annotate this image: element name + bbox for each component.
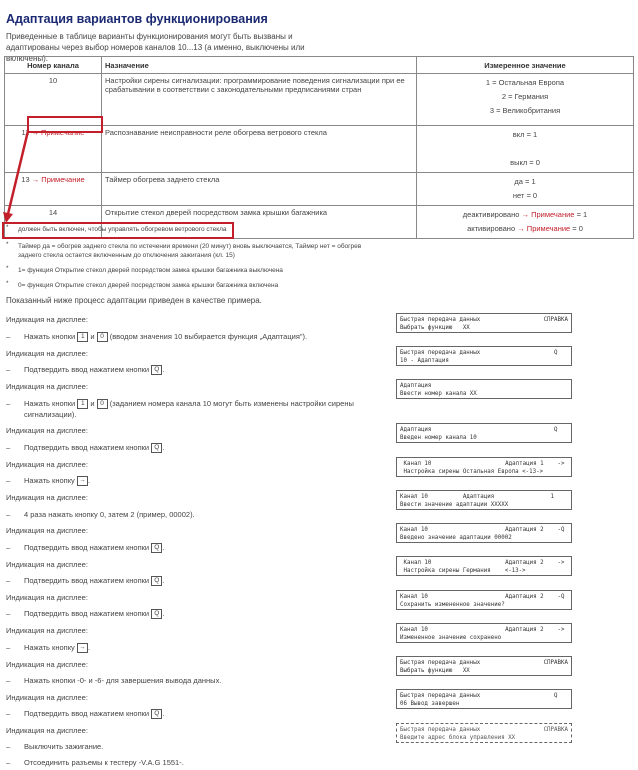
display-text-left: 06 Вывод завершен <box>400 701 459 707</box>
value-number: = 1 <box>574 210 587 219</box>
display-text-right: Адаптация 2 -> <box>505 559 568 567</box>
key-1-button: 1 <box>77 332 88 342</box>
display-text-left: Канал 10 <box>400 527 428 533</box>
key-q-button: Q <box>151 543 162 553</box>
step-text: . <box>162 609 164 618</box>
step-instruction: –Подтвердить ввод нажатием кнопки Q. <box>6 364 164 375</box>
footnote-text: 1= функция Открытие стекол дверей посред… <box>18 266 283 275</box>
channel-number: 13 <box>21 175 29 184</box>
display-text-left: 10 - Адаптация <box>400 358 449 364</box>
note-link[interactable]: → Примечание <box>32 175 85 184</box>
step-text: Отсоединить разъемы к тестеру -V.A.G 155… <box>24 758 184 767</box>
key-1-button: 1 <box>77 399 88 409</box>
step-instruction: –Нажать кнопки 1 и 0 (заданием номера ка… <box>6 398 354 420</box>
key-q-button: Q <box>151 709 162 719</box>
dash: – <box>6 741 24 752</box>
value-option: вкл = 1 <box>420 128 630 142</box>
value-label: активировано <box>467 224 517 233</box>
display-line: 06 Вывод завершен <box>400 700 568 708</box>
step-instruction: –Выключить зажигание. <box>6 741 103 752</box>
tester-display: Канал 10 Адаптация1 Ввести значение адап… <box>396 490 572 510</box>
dash: – <box>6 675 24 686</box>
footnote-marker: * <box>6 264 9 273</box>
tester-display: Канал 10Адаптация 2 -> Измененное значен… <box>396 623 572 643</box>
footnote-marker: * <box>6 240 9 249</box>
header-value: Измеренное значение <box>417 57 634 74</box>
step-text: . <box>88 476 90 485</box>
display-text-right: Адаптация 2 -> <box>505 626 568 634</box>
dash: – <box>6 331 24 342</box>
tester-display: Быстрая передача данныхСПРАВКАВыбрать фу… <box>396 656 572 676</box>
indication-label: Индикация на дисплее: <box>6 659 88 670</box>
display-text-left: Измененное значение сохранено <box>400 635 501 641</box>
dash: – <box>6 442 24 453</box>
indication-label: Индикация на дисплее: <box>6 459 88 470</box>
display-text-right: Q <box>554 349 568 357</box>
display-line: Настройка сирены Германия <-13-> <box>400 567 568 575</box>
display-text-left: Канал 10 <box>400 560 431 566</box>
step-text: . <box>162 365 164 374</box>
step-text: Выключить зажигание. <box>24 742 103 751</box>
tester-display: АдаптацияВвести номер канала XX <box>396 379 572 399</box>
arrow-right-key-icon: → <box>77 476 88 486</box>
footnote-marker: * <box>6 223 9 232</box>
footnote-marker: * <box>6 279 9 288</box>
indication-label: Индикация на дисплее: <box>6 625 88 636</box>
value-option: да = 1 <box>420 175 630 189</box>
tester-display: АдаптацияQ Введен номер канала 10 <box>396 423 572 443</box>
arrow-right-key-icon: → <box>77 643 88 653</box>
display-text-left: Настройка сирены Остальная Европа <-13-> <box>400 469 543 475</box>
step-text: . <box>162 709 164 718</box>
footnote-text: Таймер да = обогрев заднего стекла по ис… <box>18 242 368 260</box>
display-line: АдаптацияQ <box>400 426 568 434</box>
highlight-box-channel-11 <box>27 116 103 133</box>
display-line: Быстрая передача данныхСПРАВКА <box>400 726 568 734</box>
dash: – <box>6 608 24 619</box>
display-text-right: Адаптация 2 -Q <box>505 526 568 534</box>
value-label: деактивировано <box>463 210 522 219</box>
step-instruction: –Нажать кнопки 1 и 0 (вводом значения 10… <box>6 331 307 342</box>
display-text-left: Канал 10 Адаптация <box>400 494 494 500</box>
display-line: Быстрая передача данныхQ <box>400 349 568 357</box>
display-text-left: Адаптация <box>400 427 431 433</box>
step-text: Нажать кнопки <box>24 332 77 341</box>
header-purpose: Назначение <box>102 57 417 74</box>
dash: – <box>6 575 24 586</box>
key-q-button: Q <box>151 576 162 586</box>
tester-display: Быстрая передача данныхСПРАВКАВыбрать фу… <box>396 313 572 333</box>
display-text-left: Введено значение адаптации 00002 <box>400 535 512 541</box>
indication-label: Индикация на дисплее: <box>6 492 88 503</box>
display-line: Настройка сирены Остальная Европа <-13-> <box>400 468 568 476</box>
indication-label: Индикация на дисплее: <box>6 348 88 359</box>
step-text: . <box>162 576 164 585</box>
tester-display: Канал 10Адаптация 2 -> Настройка сирены … <box>396 556 572 576</box>
dash: – <box>6 398 24 409</box>
value-cell: 1 = Остальная Европа 2 = Германия 3 = Ве… <box>417 74 634 126</box>
purpose-cell: Распознавание неисправности реле обогрев… <box>102 126 417 173</box>
display-line: Канал 10Адаптация 2 -Q <box>400 593 568 601</box>
tester-display: Быстрая передача данныхQ 06 Вывод заверш… <box>396 689 572 709</box>
display-line: Быстрая передача данныхСПРАВКА <box>400 316 568 324</box>
indication-label: Индикация на дисплее: <box>6 725 88 736</box>
display-text-right: Адаптация 2 -Q <box>505 593 568 601</box>
key-0-button: 0 <box>97 332 108 342</box>
channel-number: 10 <box>49 76 57 85</box>
indication-label: Индикация на дисплее: <box>6 592 88 603</box>
dash: – <box>6 757 24 768</box>
display-text-right: СПРАВКА <box>544 659 568 667</box>
note-link[interactable]: → Примечание <box>521 210 574 219</box>
display-text-left: Канал 10 <box>400 461 431 467</box>
display-line: Канал 10Адаптация 1 -> <box>400 460 568 468</box>
dash: – <box>6 364 24 375</box>
step-instruction: –Подтвердить ввод нажатием кнопки Q. <box>6 442 164 453</box>
display-text-left: Быстрая передача данных <box>400 317 480 323</box>
channel-number: 14 <box>49 208 57 217</box>
display-line: Введено значение адаптации 00002 <box>400 534 568 542</box>
display-text-right: СПРАВКА <box>544 316 568 324</box>
display-text-left: Выбрать функцию XX <box>400 325 470 331</box>
display-line: Выбрать функцию XX <box>400 667 568 675</box>
display-line: Измененное значение сохранено <box>400 634 568 642</box>
tester-display: Канал 10Адаптация 2 -Q Сохранить изменен… <box>396 590 572 610</box>
display-text-left: Сохранить измененное значение? <box>400 602 505 608</box>
value-option: активировано → Примечание = 0 <box>420 222 630 236</box>
value-option: выкл = 0 <box>420 156 630 170</box>
indication-label: Индикация на дисплее: <box>6 559 88 570</box>
step-text: Нажать кнопку <box>24 476 77 485</box>
dash: – <box>6 642 24 653</box>
value-option: 3 = Великобритания <box>420 104 630 118</box>
footnote-text: 0= функция Открытие стекол дверей посред… <box>18 281 278 290</box>
step-text: сигнализации). <box>6 409 76 420</box>
indication-label: Индикация на дисплее: <box>6 525 88 536</box>
value-number: = 0 <box>570 224 583 233</box>
display-line: Канал 10Адаптация 2 -> <box>400 626 568 634</box>
display-line: Быстрая передача данныхQ <box>400 692 568 700</box>
display-text-left: Введите адрес блока управления XX <box>400 735 515 741</box>
value-cell: вкл = 1 выкл = 0 <box>417 126 634 173</box>
display-line: Сохранить измененное значение? <box>400 601 568 609</box>
dash: – <box>6 475 24 486</box>
tester-display: Канал 10Адаптация 1 -> Настройка сирены … <box>396 457 572 477</box>
value-option: 2 = Германия <box>420 90 630 104</box>
step-text: Подтвердить ввод нажатием кнопки <box>24 609 151 618</box>
value-option: нет = 0 <box>420 189 630 203</box>
tester-display: Быстрая передача данныхСПРАВКАВведите ад… <box>396 723 572 743</box>
footnote-text: должен быть включен, чтобы управлять обо… <box>18 225 227 234</box>
display-line: Быстрая передача данныхСПРАВКА <box>400 659 568 667</box>
step-text: Нажать кнопку <box>24 643 77 652</box>
display-line: 10 - Адаптация <box>400 357 568 365</box>
tester-display: Быстрая передача данныхQ 10 - Адаптация <box>396 346 572 366</box>
purpose-cell: Настройки сирены сигнализации: программи… <box>102 74 417 126</box>
step-instruction: –4 раза нажать кнопку 0, затем 2 (пример… <box>6 509 195 520</box>
step-text: . <box>162 543 164 552</box>
step-instruction: –Нажать кнопки -0- и -6- для завершения … <box>6 675 221 686</box>
step-text: . <box>88 643 90 652</box>
indication-label: Индикация на дисплее: <box>6 425 88 436</box>
tester-display: Канал 10Адаптация 2 -Q Введено значение … <box>396 523 572 543</box>
display-text-left: Введен номер канала 10 <box>400 435 477 441</box>
display-text-left: Настройка сирены Германия <-13-> <box>400 568 526 574</box>
example-intro: Показанный ниже процесс адаптации привед… <box>6 296 262 305</box>
adaptation-table: Номер канала Назначение Измеренное значе… <box>4 56 634 239</box>
step-text: Подтвердить ввод нажатием кнопки <box>24 365 151 374</box>
display-text-right: СПРАВКА <box>544 726 568 734</box>
table-row: 13 → Примечание Таймер обогрева заднего … <box>5 173 634 206</box>
step-text: Нажать кнопки <box>24 399 77 408</box>
value-option: деактивировано → Примечание = 1 <box>420 208 630 222</box>
step-text: . <box>162 443 164 452</box>
step-instruction: –Подтвердить ввод нажатием кнопки Q. <box>6 575 164 586</box>
dash: – <box>6 708 24 719</box>
step-text: и <box>88 332 96 341</box>
value-option: 1 = Остальная Европа <box>420 76 630 90</box>
display-text-left: Ввести значение адаптации XXXXX <box>400 502 508 508</box>
display-text-left: Адаптация <box>400 383 431 389</box>
display-text-left: Быстрая передача данных <box>400 660 480 666</box>
indication-label: Индикация на дисплее: <box>6 381 88 392</box>
display-line: Канал 10Адаптация 2 -Q <box>400 526 568 534</box>
step-text: Подтвердить ввод нажатием кнопки <box>24 543 151 552</box>
step-instruction: –Нажать кнопку →. <box>6 642 90 653</box>
channel-cell: 13 → Примечание <box>5 173 102 206</box>
step-text: Подтвердить ввод нажатием кнопки <box>24 443 151 452</box>
dash: – <box>6 509 24 520</box>
step-text: Нажать кнопки -0- и -6- для завершения в… <box>24 676 221 685</box>
indication-label: Индикация на дисплее: <box>6 692 88 703</box>
display-line: Канал 10 Адаптация1 <box>400 493 568 501</box>
key-q-button: Q <box>151 609 162 619</box>
value-cell: деактивировано → Примечание = 1 активиро… <box>417 206 634 239</box>
key-q-button: Q <box>151 443 162 453</box>
dash: – <box>6 542 24 553</box>
display-text-right: 1 <box>551 493 568 501</box>
display-text-left: Быстрая передача данных <box>400 693 480 699</box>
display-text-right: Q <box>554 692 568 700</box>
step-instruction: –Подтвердить ввод нажатием кнопки Q. <box>6 708 164 719</box>
step-text: 4 раза нажать кнопку 0, затем 2 (пример,… <box>24 510 195 519</box>
display-text-left: Быстрая передача данных <box>400 350 480 356</box>
display-line: Ввести значение адаптации XXXXX <box>400 501 568 509</box>
value-option <box>420 142 630 156</box>
display-line: Канал 10Адаптация 2 -> <box>400 559 568 567</box>
step-text: (заданием номера канала 10 могут быть из… <box>108 399 354 408</box>
key-q-button: Q <box>151 365 162 375</box>
step-instruction: –Подтвердить ввод нажатием кнопки Q. <box>6 608 164 619</box>
display-text-left: Ввести номер канала XX <box>400 391 477 397</box>
display-line: Выбрать функцию XX <box>400 324 568 332</box>
display-text-right: Q <box>554 426 568 434</box>
step-instruction: –Нажать кнопку →. <box>6 475 90 486</box>
step-instruction: –Отсоединить разъемы к тестеру -V.A.G 15… <box>6 757 184 768</box>
indication-label: Индикация на дисплее: <box>6 314 88 325</box>
step-text: и <box>88 399 96 408</box>
header-channel: Номер канала <box>5 57 102 74</box>
display-text-right: Адаптация 1 -> <box>505 460 568 468</box>
display-text-left: Канал 10 <box>400 627 428 633</box>
step-text: Подтвердить ввод нажатием кнопки <box>24 576 151 585</box>
value-cell: да = 1 нет = 0 <box>417 173 634 206</box>
step-text: Подтвердить ввод нажатием кнопки <box>24 709 151 718</box>
display-line: Введите адрес блока управления XX <box>400 734 568 742</box>
note-link[interactable]: → Примечание <box>517 224 570 233</box>
key-0-button: 0 <box>97 399 108 409</box>
display-line: Ввести номер канала XX <box>400 390 568 398</box>
display-text-left: Выбрать функцию XX <box>400 668 470 674</box>
display-line: Введен номер канала 10 <box>400 434 568 442</box>
purpose-cell: Таймер обогрева заднего стекла <box>102 173 417 206</box>
display-text-left: Быстрая передача данных <box>400 727 480 733</box>
display-line: Адаптация <box>400 382 568 390</box>
step-text: (вводом значения 10 выбирается функция „… <box>108 332 308 341</box>
table-header: Номер канала Назначение Измеренное значе… <box>5 57 634 74</box>
display-text-left: Канал 10 <box>400 594 428 600</box>
step-instruction: –Подтвердить ввод нажатием кнопки Q. <box>6 542 164 553</box>
page-title: Адаптация вариантов функционирования <box>6 12 268 26</box>
